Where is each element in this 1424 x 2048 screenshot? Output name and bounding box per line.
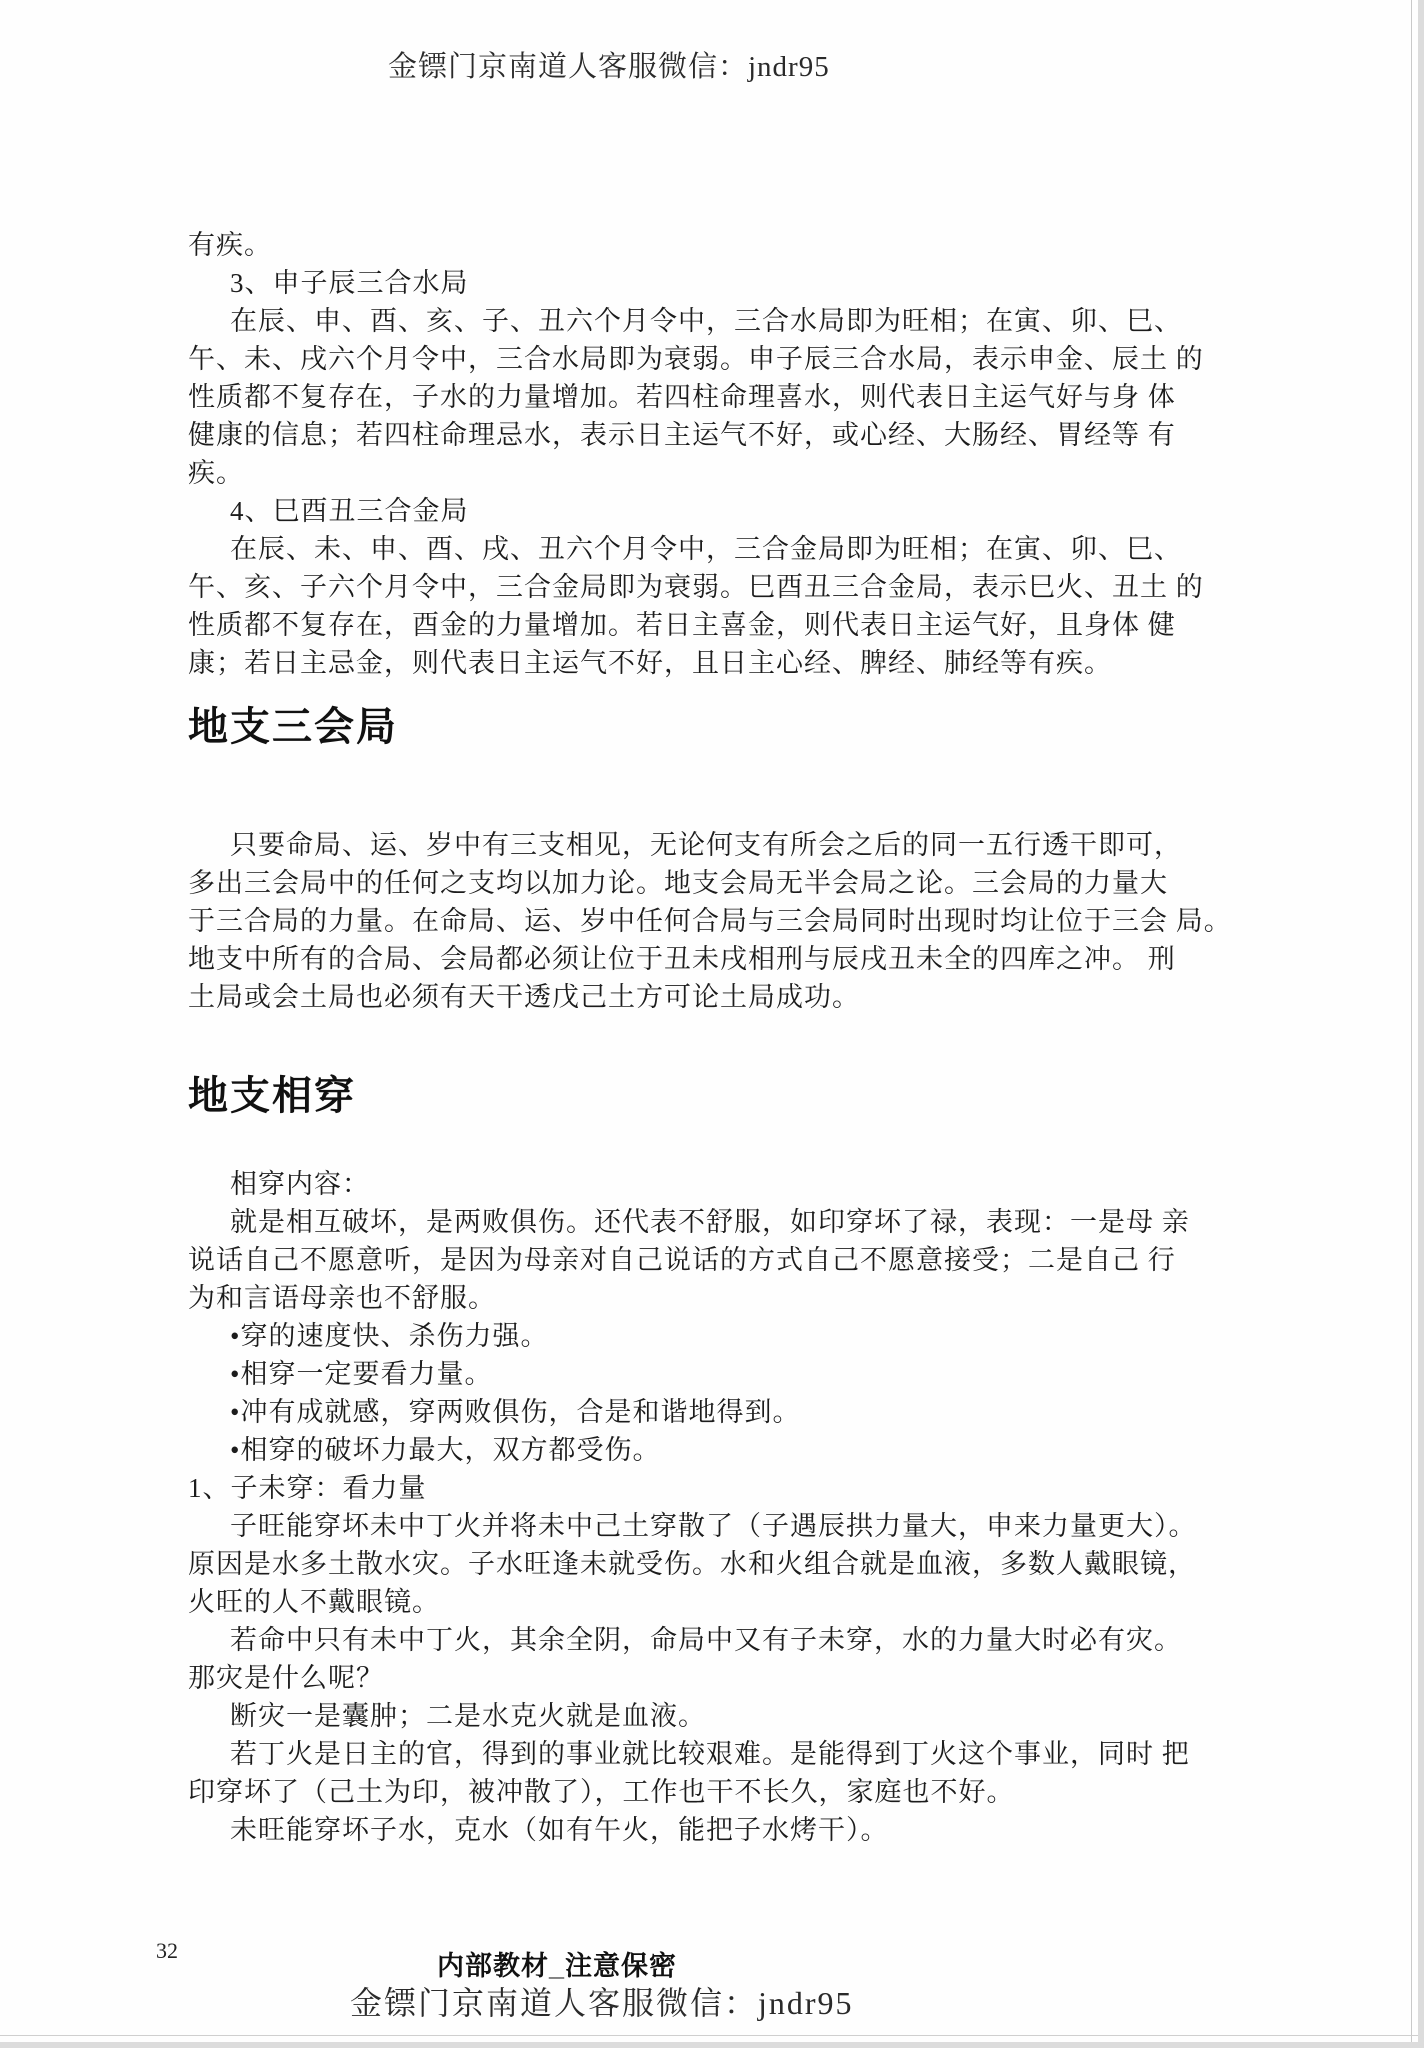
text-line: 相穿内容： xyxy=(188,1165,1268,1203)
section-xiangchuan: 相穿内容： 就是相互破坏，是两败俱伤。还代表不舒服，如印穿坏了禄，表现：一是母 … xyxy=(188,1165,1268,1849)
text-line: 原因是水多土散水灾。子水旺逢未就受伤。水和火组合就是血液，多数人戴眼镜， xyxy=(188,1545,1268,1583)
scan-edge-right xyxy=(1411,0,1412,2042)
text-line: 在辰、申、酉、亥、子、丑六个月令中，三合水局即为旺相；在寅、卯、巳、 xyxy=(188,302,1268,340)
text-line: 印穿坏了（己土为印，被冲散了），工作也干不长久，家庭也不好。 xyxy=(188,1773,1268,1811)
text-line: 未旺能穿坏子水，克水（如有午火，能把子水烤干）。 xyxy=(188,1811,1268,1849)
section-heading-xiangchuan: 地支相穿 xyxy=(188,1070,1268,1122)
document-page: 金镖门京南道人客服微信：jndr95 有疾。 3、申子辰三合水局 在辰、申、酉、… xyxy=(0,0,1424,2048)
bullet-line: •相穿一定要看力量。 xyxy=(188,1355,1268,1393)
text-line: 午、未、戌六个月令中，三合水局即为衰弱。申子辰三合水局，表示申金、辰土 的 xyxy=(188,340,1268,378)
text-line: 于三合局的力量。在命局、运、岁中任何合局与三会局同时出现时均让位于三会 局。 xyxy=(188,902,1268,940)
text-line: 为和言语母亲也不舒服。 xyxy=(188,1279,1268,1317)
bullet-line: •穿的速度快、杀伤力强。 xyxy=(188,1317,1268,1355)
section-sanhui: 只要命局、运、岁中有三支相见，无论何支有所会之后的同一五行透干即可， 多出三会局… xyxy=(188,826,1268,1016)
text-line: 土局或会土局也必须有天干透戊己土方可论土局成功。 xyxy=(188,978,1268,1016)
text-line: 疾。 xyxy=(188,454,1268,492)
bullet-line: •冲有成就感，穿两败俱伤，合是和谐地得到。 xyxy=(188,1393,1268,1431)
text-line: 说话自己不愿意听，是因为母亲对自己说话的方式自己不愿意接受；二是自己 行 xyxy=(188,1241,1268,1279)
document-body: 有疾。 3、申子辰三合水局 在辰、申、酉、亥、子、丑六个月令中，三合水局即为旺相… xyxy=(0,226,1418,1849)
text-line: 若丁火是日主的官，得到的事业就比较艰难。是能得到丁火这个事业，同时 把 xyxy=(188,1735,1268,1773)
text-line: 那灾是什么呢？ xyxy=(188,1659,1268,1697)
header-watermark: 金镖门京南道人客服微信：jndr95 xyxy=(388,44,830,85)
text-line: 在辰、未、申、酉、戌、丑六个月令中，三合金局即为旺相；在寅、卯、巳、 xyxy=(188,530,1268,568)
text-line: 多出三会局中的任何之支均以加力论。地支会局无半会局之论。三会局的力量大 xyxy=(188,864,1268,902)
text-line: 子旺能穿坏未中丁火并将未中己土穿散了（子遇辰拱力量大，申来力量更大）。 xyxy=(188,1507,1268,1545)
text-line: 断灾一是囊肿；二是水克火就是血液。 xyxy=(188,1697,1268,1735)
text-line: 只要命局、运、岁中有三支相见，无论何支有所会之后的同一五行透干即可， xyxy=(188,826,1268,864)
scan-edge-bottom xyxy=(0,2035,1418,2036)
text-line: 就是相互破坏，是两败俱伤。还代表不舒服，如印穿坏了禄，表现：一是母 亲 xyxy=(188,1203,1268,1241)
text-line: 若命中只有未中丁火，其余全阴，命局中又有子未穿，水的力量大时必有灾。 xyxy=(188,1621,1268,1659)
text-line: 性质都不复存在，酉金的力量增加。若日主喜金，则代表日主运气好，且身体 健 xyxy=(188,606,1268,644)
bullet-line: •相穿的破坏力最大，双方都受伤。 xyxy=(188,1431,1268,1469)
section-intro: 有疾。 3、申子辰三合水局 在辰、申、酉、亥、子、丑六个月令中，三合水局即为旺相… xyxy=(188,226,1268,682)
text-line: 康；若日主忌金，则代表日主运气不好，且日主心经、脾经、肺经等有疾。 xyxy=(188,644,1268,682)
footer-watermark: 金镖门京南道人客服微信：jndr95 xyxy=(350,1978,854,2024)
text-line: 有疾。 xyxy=(188,226,1268,264)
text-line: 4、巳酉丑三合金局 xyxy=(188,492,1268,530)
text-line: 午、亥、子六个月令中，三合金局即为衰弱。巳酉丑三合金局，表示巳火、丑土 的 xyxy=(188,568,1268,606)
text-line: 3、申子辰三合水局 xyxy=(188,264,1268,302)
text-line: 健康的信息；若四柱命理忌水，表示日主运气不好，或心经、大肠经、胃经等 有 xyxy=(188,416,1268,454)
text-line: 性质都不复存在，子水的力量增加。若四柱命理喜水，则代表日主运气好与身 体 xyxy=(188,378,1268,416)
text-line: 1、子未穿：看力量 xyxy=(188,1469,1268,1507)
text-line: 火旺的人不戴眼镜。 xyxy=(188,1583,1268,1621)
section-heading-sanhui: 地支三会局 xyxy=(188,701,1268,753)
page-number: 32 xyxy=(156,1938,178,1964)
text-line: 地支中所有的合局、会局都必须让位于丑未戌相刑与辰戌丑未全的四库之冲。 刑 xyxy=(188,940,1268,978)
